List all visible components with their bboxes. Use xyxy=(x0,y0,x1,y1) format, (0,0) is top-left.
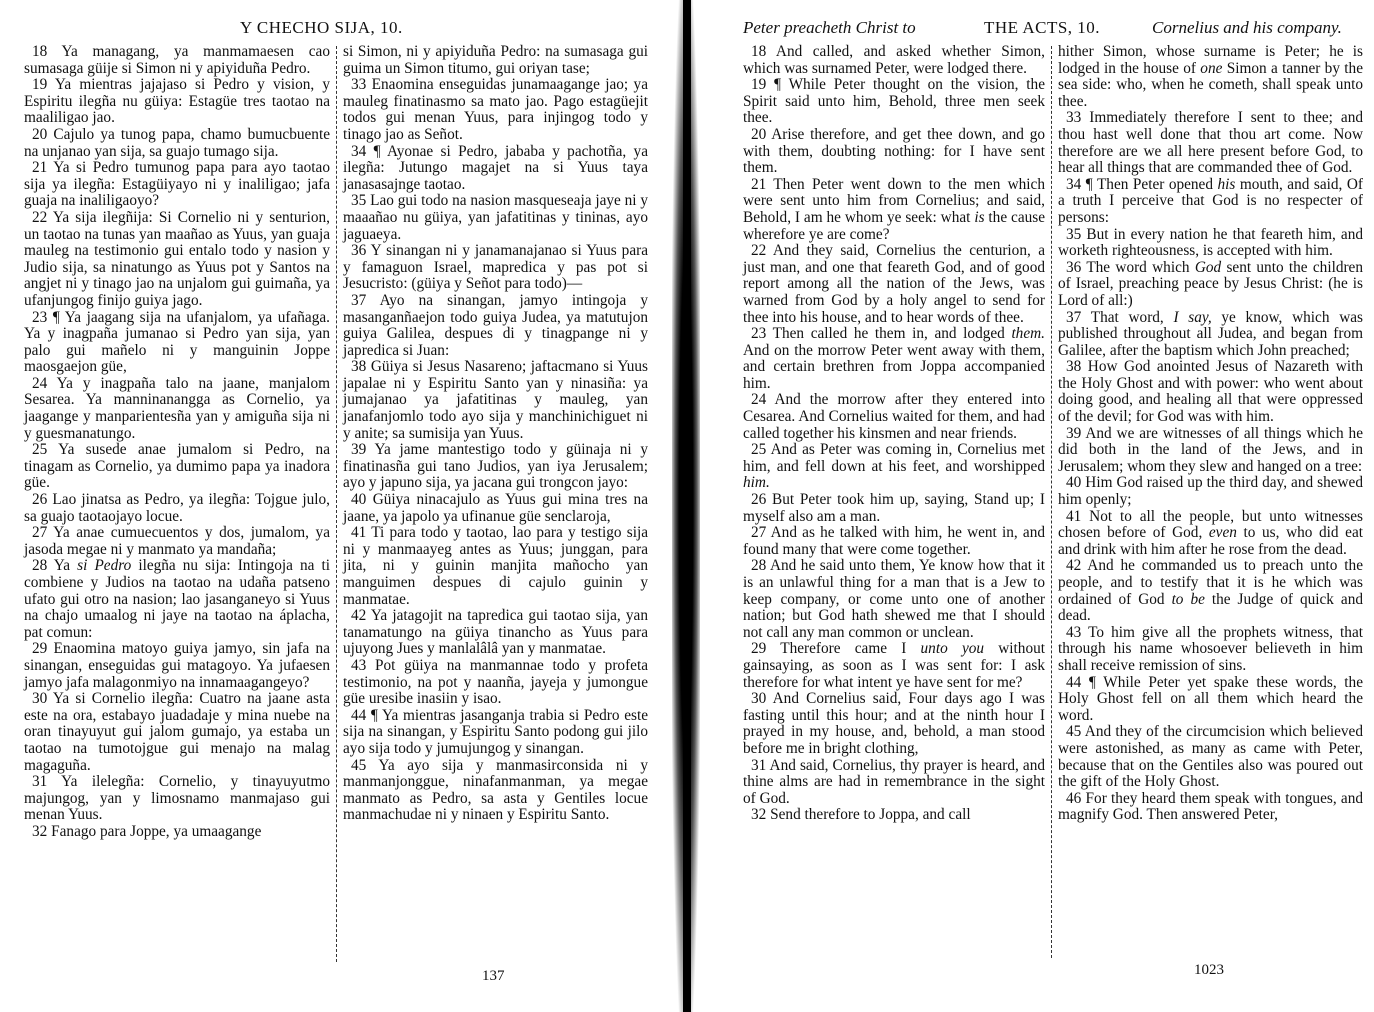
verse: 38 Güiya si Jesus Nasareno; jaftacmano s… xyxy=(343,359,648,442)
verse: 42 And he commanded us to preach unto th… xyxy=(1058,558,1363,624)
verse: 39 And we are witnesses of all things wh… xyxy=(1058,426,1363,476)
verse: 28 And he said unto them, Ye know how th… xyxy=(743,558,1045,641)
verse: 24 And the morrow after they entered int… xyxy=(743,392,1045,442)
page-number: 137 xyxy=(482,968,505,985)
verse: 30 Ya si Cornelio ilegña: Cuatro na jaan… xyxy=(24,691,330,774)
verse-italic-supplied-word: him. xyxy=(743,474,770,491)
column-divider xyxy=(336,46,337,962)
verse: 33 Enaomina enseguidas junamaagange jao;… xyxy=(343,77,648,143)
verse: 25 And as Peter was coming in, Cornelius… xyxy=(743,442,1045,492)
verse: 32 Send therefore to Joppa, and call xyxy=(743,807,1045,824)
verse: 40 Him God raised up the third day, and … xyxy=(1058,475,1363,508)
running-head: Y CHECHO SIJA, 10. xyxy=(240,18,403,38)
verse: hither Simon, whose surname is Peter; he… xyxy=(1058,44,1363,110)
book-spine xyxy=(683,0,691,1012)
column-right-2: hither Simon, whose surname is Peter; he… xyxy=(1058,44,1363,824)
verse: 20 Cajulo ya tunog papa, chamo bumucbuen… xyxy=(24,127,330,160)
verse: 19 Ya mientras jajajaso si Pedro y visio… xyxy=(24,77,330,127)
verse: 35 But in every nation he that feareth h… xyxy=(1058,227,1363,260)
verse: 30 And Cornelius said, Four days ago I w… xyxy=(743,691,1045,757)
verse: 41 Ti para todo y taotao, lao para y tes… xyxy=(343,525,648,608)
verse: 33 Immediately therefore I sent to thee;… xyxy=(1058,110,1363,176)
verse: 45 Ya ayo sija y manmasirconsida ni y ma… xyxy=(343,758,648,824)
verse: 24 Ya y inagpaña talo na jaane, manjalom… xyxy=(24,376,330,442)
verse-text: 37 That word, xyxy=(1066,309,1173,326)
verse-italic-supplied-word: God xyxy=(1195,259,1221,276)
verse: 43 Pot güiya na manmannae todo y profeta… xyxy=(343,658,648,708)
verse: 31 And said, Cornelius, thy prayer is he… xyxy=(743,758,1045,808)
verse: 29 Enaomina matoyo guiya jamyo, sin jafa… xyxy=(24,641,330,691)
verse-italic-supplied-word: unto you xyxy=(921,640,985,657)
verse: 23 Then called he them in, and lodged th… xyxy=(743,326,1045,392)
verse-text: 23 Then called he them in, and lodged xyxy=(751,325,1011,342)
verse: 36 Y sinangan ni y janamanajanao si Yuus… xyxy=(343,243,648,293)
verse-italic-supplied-word: is xyxy=(974,209,984,226)
verse: 45 And they of the circumcision which be… xyxy=(1058,724,1363,790)
verse-text: 36 The word which xyxy=(1066,259,1195,276)
verse: 38 How God anointed Jesus of Nazareth wi… xyxy=(1058,359,1363,425)
verse: 21 Then Peter went down to the men which… xyxy=(743,177,1045,243)
verse: 26 But Peter took him up, saying, Stand … xyxy=(743,492,1045,525)
verse-italic-supplied-word: si Pedro xyxy=(77,557,131,574)
verse-italic-supplied-word: to be xyxy=(1172,591,1205,608)
column-left-2: si Simon, ni y apiyiduña Pedro: na sumas… xyxy=(343,44,648,824)
verse: 44 ¶ While Peter yet spake these words, … xyxy=(1058,675,1363,725)
verse: 18 And called, and asked whether Simon, … xyxy=(743,44,1045,77)
verse-text: 25 And as Peter was coming in, Cornelius… xyxy=(743,441,1045,475)
column-right-1: 18 And called, and asked whether Simon, … xyxy=(743,44,1045,824)
verse: 19 ¶ While Peter thought on the vision, … xyxy=(743,77,1045,127)
verse: 31 Ya ilelegña: Cornelio, y tinayuyutmo … xyxy=(24,774,330,824)
verse: 23 ¶ Ya jaagang sija na ufanjalom, ya uf… xyxy=(24,310,330,376)
verse: 25 Ya susede anae jumalom si Pedro, na t… xyxy=(24,442,330,492)
verse-text: And on the morrow Peter went away with t… xyxy=(743,342,1045,392)
verse: 21 Ya si Pedro tumunog papa para ayo tao… xyxy=(24,160,330,210)
verse: 39 Ya jame mantestigo todo y güinaja ni … xyxy=(343,442,648,492)
verse: 37 Ayo na sinangan, jamyo intingoja y ma… xyxy=(343,293,648,359)
verse: 44 ¶ Ya mientras jasanganja trabia si Pe… xyxy=(343,708,648,758)
verse: 27 And as he talked with him, he went in… xyxy=(743,525,1045,558)
verse: 27 Ya anae cumuecuentos y dos, jumalom, … xyxy=(24,525,330,558)
verse: 37 That word, I say, ye know, which was … xyxy=(1058,310,1363,360)
verse-text: 28 Ya xyxy=(32,557,77,574)
verse: 43 To him give all the prophets witness,… xyxy=(1058,625,1363,675)
verse: 22 Ya sija ilegñija: Si Cornelio ni y se… xyxy=(24,210,330,310)
verse: 22 And they said, Cornelius the centurio… xyxy=(743,243,1045,326)
verse: 34 ¶ Then Peter opened his mouth, and sa… xyxy=(1058,177,1363,227)
verse: 28 Ya si Pedro ilegña nu sija: Intingoja… xyxy=(24,558,330,641)
verse-italic-supplied-word: one xyxy=(1200,60,1222,77)
verse-italic-supplied-word: I say, xyxy=(1173,309,1211,326)
column-left-1: 18 Ya managang, ya manmamaesen cao sumas… xyxy=(24,44,330,841)
verse: 40 Güiya ninacajulo as Yuus gui mina tre… xyxy=(343,492,648,525)
column-divider xyxy=(1051,46,1052,958)
verse: 42 Ya jatagojit na tapredica gui taotao … xyxy=(343,608,648,658)
verse: 46 For they heard them speak with tongue… xyxy=(1058,791,1363,824)
running-head-left: Peter preacheth Christ to xyxy=(743,18,916,38)
verse-italic-supplied-word: even xyxy=(1209,524,1237,541)
page-number: 1023 xyxy=(1194,962,1224,979)
running-head-center: THE ACTS, 10. xyxy=(984,18,1100,38)
verse-text: 29 Therefore came I xyxy=(751,640,921,657)
verse-text: 34 ¶ Then Peter opened xyxy=(1066,176,1218,193)
verse-italic-supplied-word: them. xyxy=(1011,325,1045,342)
verse: 20 Arise therefore, and get thee down, a… xyxy=(743,127,1045,177)
verse: 26 Lao jinatsa as Pedro, ya ilegña: Tojg… xyxy=(24,492,330,525)
verse: 35 Lao gui todo na nasion masqueseaja ja… xyxy=(343,193,648,243)
left-page-chamorro: Y CHECHO SIJA, 10. 18 Ya managang, ya ma… xyxy=(0,0,672,1012)
right-page-english: Peter preacheth Christ to THE ACTS, 10. … xyxy=(700,0,1374,1012)
verse: 41 Not to all the people, but unto witne… xyxy=(1058,509,1363,559)
verse: si Simon, ni y apiyiduña Pedro: na sumas… xyxy=(343,44,648,77)
verse-italic-supplied-word: his xyxy=(1218,176,1236,193)
verse: 29 Therefore came I unto you without gai… xyxy=(743,641,1045,691)
running-head-right: Cornelius and his company. xyxy=(1152,18,1342,38)
verse: 34 ¶ Ayonae si Pedro, jababa y pachotña,… xyxy=(343,144,648,194)
verse: 18 Ya managang, ya manmamaesen cao sumas… xyxy=(24,44,330,77)
verse: 36 The word which God sent unto the chil… xyxy=(1058,260,1363,310)
verse: 32 Fanago para Joppe, ya umaagange xyxy=(24,824,330,841)
